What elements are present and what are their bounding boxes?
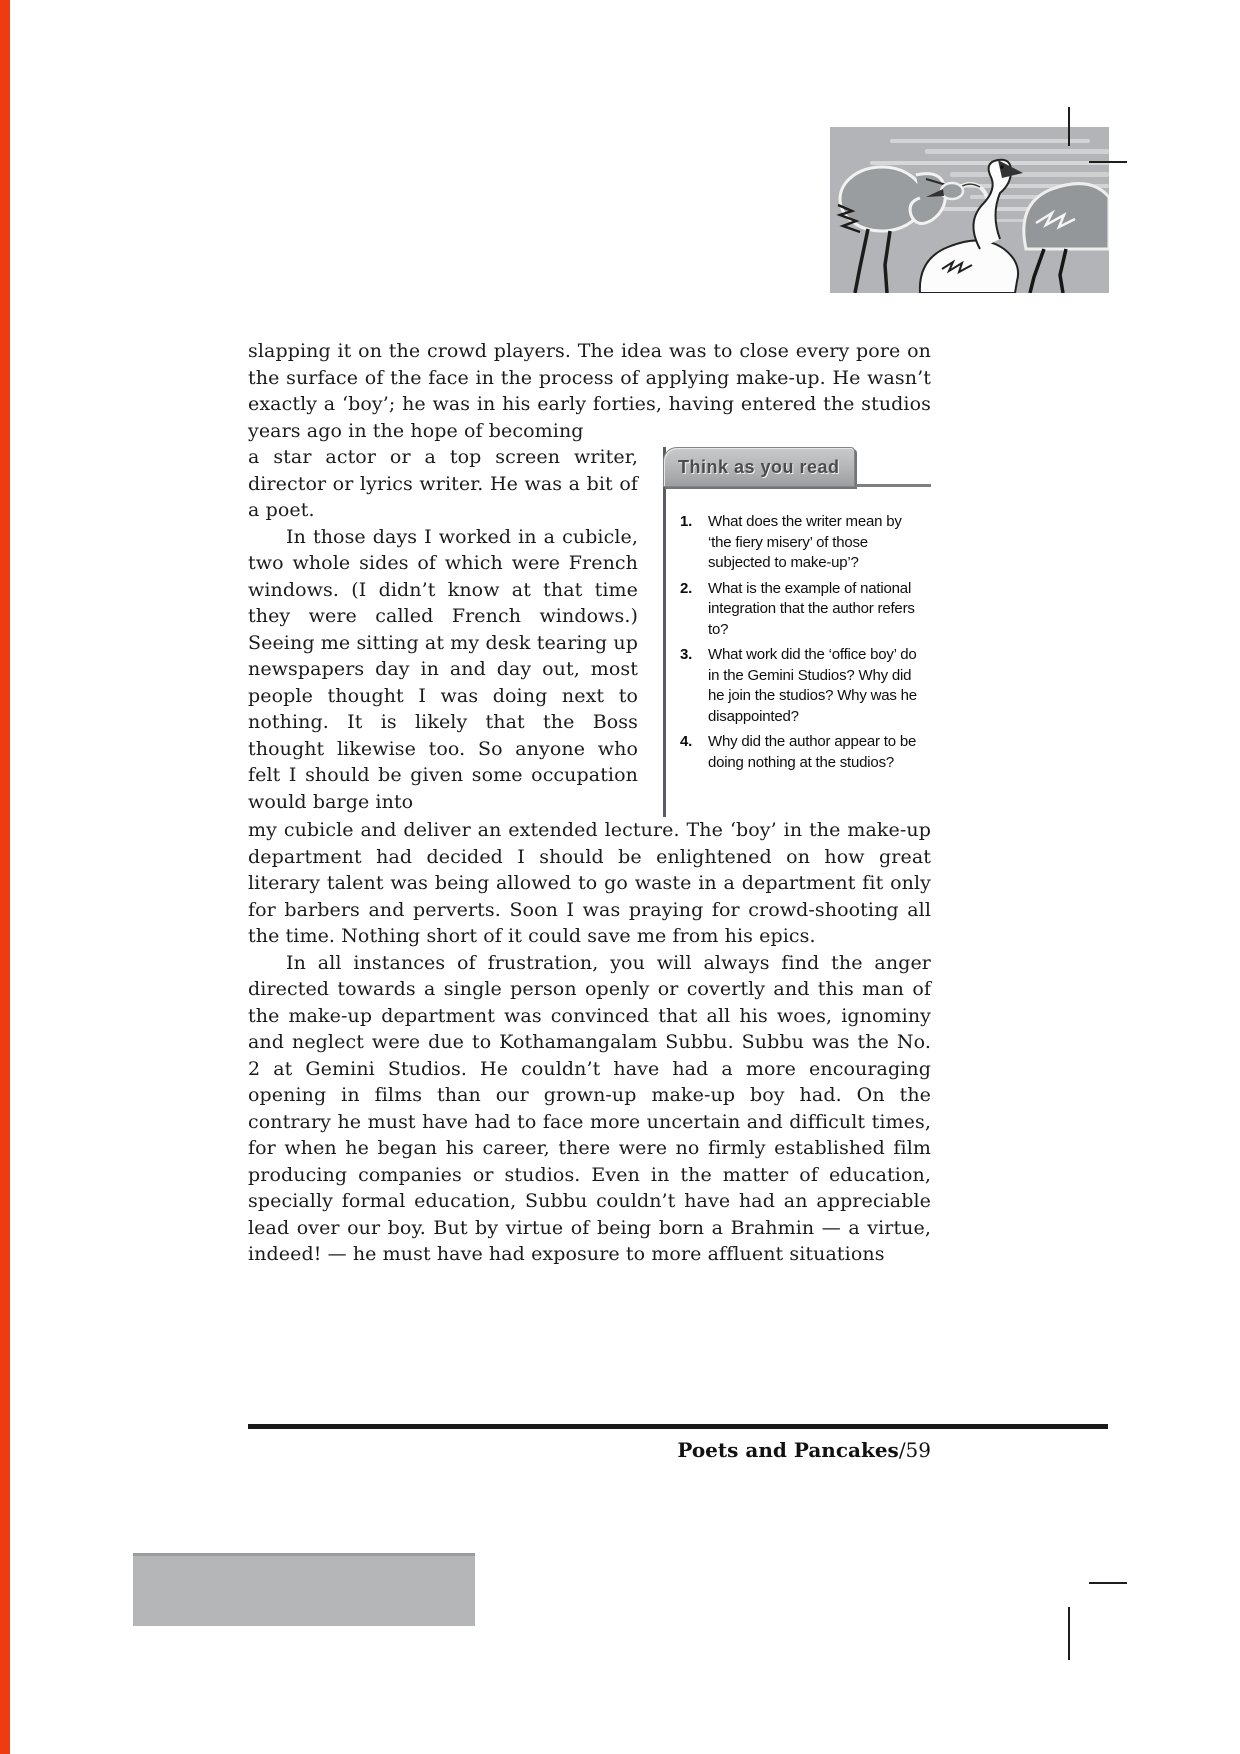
textbook-page: slapping it on the crowd players. The id…	[0, 0, 1240, 1754]
crop-mark-bottom-horizontal	[1089, 1582, 1127, 1584]
crop-mark-bottom-vertical	[1068, 1607, 1070, 1660]
question-number: 1.	[680, 512, 708, 574]
think-box-tab: Think as you read	[663, 447, 855, 487]
article-body: slapping it on the crowd players. The id…	[248, 338, 931, 1268]
flamingos-illustration	[830, 127, 1109, 293]
question-text: What does the writer mean by ‘the fiery …	[708, 512, 925, 574]
think-box-frame: Think as you read 1. What does the write…	[663, 447, 931, 817]
question-number: 3.	[680, 645, 708, 727]
narrow-text-column: a star actor or a top screen writer, dir…	[248, 444, 638, 815]
think-box-question-list: 1. What does the writer mean by ‘the fie…	[666, 487, 931, 798]
think-box-top-rule	[856, 484, 931, 487]
crop-mark-top-horizontal	[1089, 161, 1127, 163]
question-text: Why did the author appear to be doing no…	[708, 732, 925, 773]
paragraph-2-narrow: In those days I worked in a cubicle, two…	[248, 524, 638, 816]
question-number: 4.	[680, 732, 708, 773]
think-as-you-read-box: Think as you read 1. What does the write…	[648, 444, 931, 817]
question-item-4: 4. Why did the author appear to be doing…	[680, 732, 925, 773]
footer-rule	[248, 1424, 1108, 1429]
paragraph-1-narrow: a star actor or a top screen writer, dir…	[248, 444, 638, 524]
page-edge-accent-bar	[0, 0, 10, 1754]
paragraph-2-full-width: my cubicle and deliver an extended lectu…	[248, 817, 931, 950]
text-wrap-row: a star actor or a top screen writer, dir…	[248, 444, 931, 817]
question-text: What is the example of national integrat…	[708, 579, 925, 641]
question-number: 2.	[680, 579, 708, 641]
question-item-2: 2. What is the example of national integ…	[680, 579, 925, 641]
question-text: What work did the ‘office boy’ do in the…	[708, 645, 925, 727]
crop-mark-top-vertical	[1068, 107, 1070, 146]
footer-page-number: /59	[899, 1438, 931, 1462]
gray-placeholder-block	[133, 1553, 475, 1626]
paragraph-3: In all instances of frustration, you wil…	[248, 950, 931, 1268]
think-box-title: Think as you read	[664, 454, 840, 481]
page-footer: Poets and Pancakes/59	[248, 1438, 931, 1462]
question-item-3: 3. What work did the ‘office boy’ do in …	[680, 645, 925, 727]
footer-book-title: Poets and Pancakes	[677, 1438, 898, 1462]
paragraph-1-full-width: slapping it on the crowd players. The id…	[248, 338, 931, 444]
question-item-1: 1. What does the writer mean by ‘the fie…	[680, 512, 925, 574]
